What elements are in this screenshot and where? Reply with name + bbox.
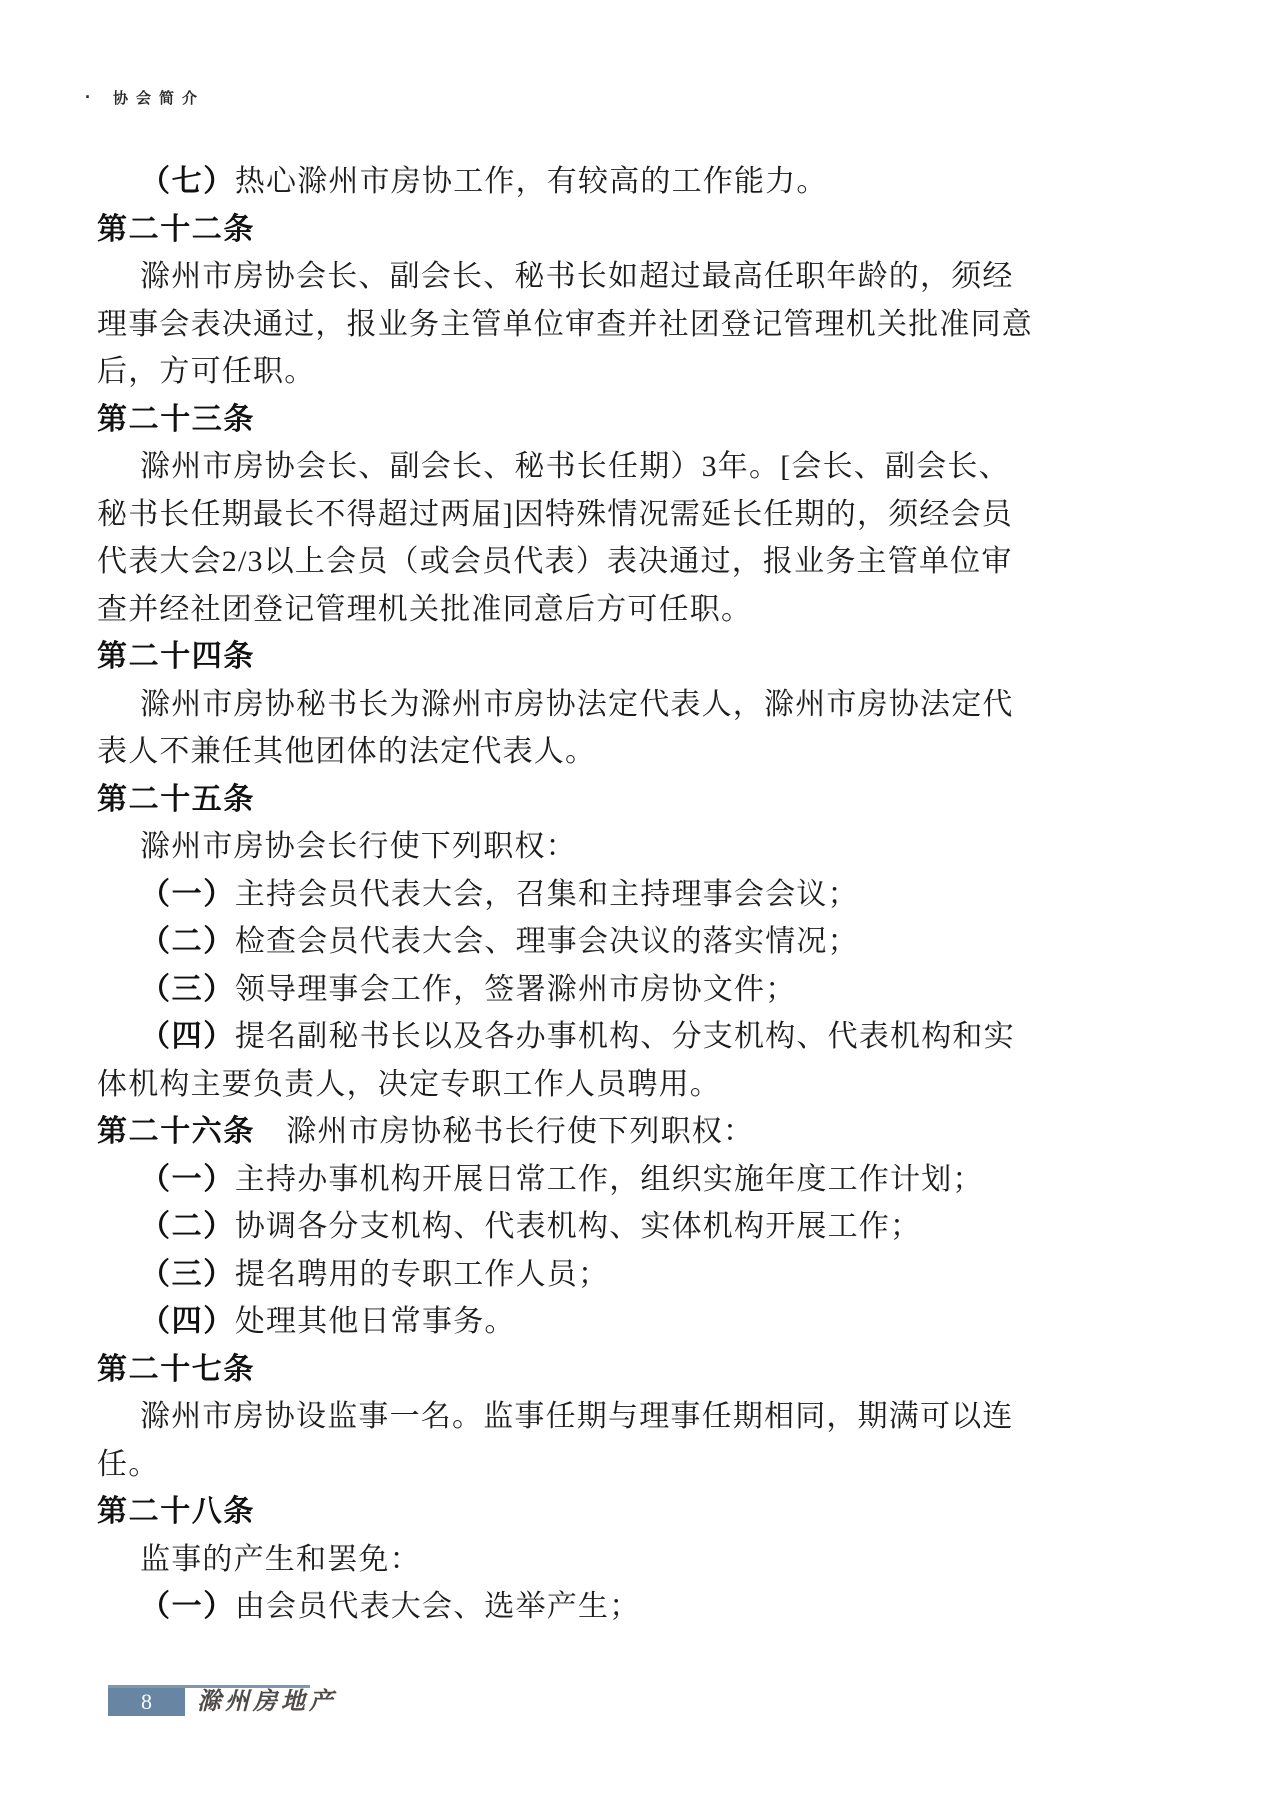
body-text: 主持会员代表大会，召集和主持理事会会议； — [235, 878, 859, 911]
bold-text: （二） — [140, 1210, 235, 1243]
body-text: 代表大会2/3以上会员（或会员代表）表决通过，报业务主管单位审 — [97, 545, 1013, 578]
body-text: 表人不兼任其他团体的法定代表人。 — [97, 735, 596, 768]
body-text: 滁州市房协会长行使下列职权： — [140, 830, 577, 863]
text-line: （一）主持会员代表大会，召集和主持理事会会议； — [97, 871, 1049, 919]
body-text: 滁州市房协秘书长行使下列职权： — [255, 1115, 754, 1148]
body-text: 提名副秘书长以及各办事机构、分支机构、代表机构和实 — [235, 1020, 1015, 1053]
text-line: （三）提名聘用的专职工作人员； — [97, 1251, 1049, 1299]
header-section-title: 协会简介 — [113, 87, 205, 108]
bold-text: （三） — [140, 1258, 235, 1291]
article-heading-line: 第二十六条 滁州市房协秘书长行使下列职权： — [97, 1108, 1049, 1156]
bold-text: （七） — [140, 165, 235, 198]
body-text: 秘书长任期最长不得超过两届]因特殊情况需延长任期的，须经会员 — [97, 498, 1013, 531]
body-text: 领导理事会工作，签署滁州市房协文件； — [235, 973, 797, 1006]
text-line: 滁州市房协会长行使下列职权： — [97, 823, 1049, 871]
bold-text: 第二十四条 — [97, 640, 255, 673]
bold-text: 第二十二条 — [97, 213, 255, 246]
article-heading-line: 第二十五条 — [97, 776, 1049, 824]
body-text: 滁州市房协会长、副会长、秘书长任期）3年。[会长、副会长、 — [140, 450, 1010, 483]
document-body: （七）热心滁州市房协工作，有较高的工作能力。第二十二条滁州市房协会长、副会长、秘… — [97, 158, 1049, 1631]
article-heading-line: 第二十七条 — [97, 1346, 1049, 1394]
footer-brand-text: 滁州房地产 — [197, 1688, 337, 1716]
bold-text: 第二十八条 — [97, 1495, 255, 1528]
body-text: 主持办事机构开展日常工作，组织实施年度工作计划； — [235, 1163, 984, 1196]
text-line: 体机构主要负责人，决定专职工作人员聘用。 — [97, 1061, 1049, 1109]
header-gradient-rule — [95, 112, 1187, 121]
header-bullet-icon: · — [85, 87, 91, 108]
article-heading-line: 第二十三条 — [97, 396, 1049, 444]
page-header: · 协会简介 — [85, 86, 1185, 108]
body-text: 热心滁州市房协工作，有较高的工作能力。 — [235, 165, 828, 198]
bold-text: （四） — [140, 1305, 235, 1338]
bold-text: 第二十三条 — [97, 403, 255, 436]
bold-text: （一） — [140, 1163, 235, 1196]
text-line: 滁州市房协秘书长为滁州市房协法定代表人，滁州市房协法定代 — [97, 681, 1049, 729]
body-text: 查并经社团登记管理机关批准同意后方可任职。 — [97, 593, 752, 626]
body-text: 体机构主要负责人，决定专职工作人员聘用。 — [97, 1068, 721, 1101]
body-text: 滁州市房协会长、副会长、秘书长如超过最高任职年龄的，须经 — [140, 260, 1014, 293]
body-text: 处理其他日常事务。 — [235, 1305, 516, 1338]
text-line: 滁州市房协会长、副会长、秘书长如超过最高任职年龄的，须经 — [97, 253, 1049, 301]
text-line: （一）主持办事机构开展日常工作，组织实施年度工作计划； — [97, 1156, 1049, 1204]
text-line: 查并经社团登记管理机关批准同意后方可任职。 — [97, 586, 1049, 634]
text-line: 滁州市房协设监事一名。监事任期与理事任期相同，期满可以连 — [97, 1393, 1049, 1441]
bold-text: （一） — [140, 878, 235, 911]
bold-text: （四） — [140, 1020, 235, 1053]
body-text: 由会员代表大会、选举产生； — [235, 1590, 641, 1623]
text-line: 后，方可任职。 — [97, 348, 1049, 396]
page-number-badge: 8 — [108, 1688, 185, 1716]
article-heading-line: 第二十四条 — [97, 633, 1049, 681]
text-line: 秘书长任期最长不得超过两届]因特殊情况需延长任期的，须经会员 — [97, 491, 1049, 539]
text-line: 代表大会2/3以上会员（或会员代表）表决通过，报业务主管单位审 — [97, 538, 1049, 586]
text-line: 任。 — [97, 1441, 1049, 1489]
text-line: 滁州市房协会长、副会长、秘书长任期）3年。[会长、副会长、 — [97, 443, 1049, 491]
body-text: 任。 — [97, 1448, 159, 1481]
article-heading-line: 第二十八条 — [97, 1488, 1049, 1536]
bold-text: （三） — [140, 973, 235, 1006]
bold-text: （二） — [140, 925, 235, 958]
body-text: 监事的产生和罢免： — [140, 1543, 421, 1576]
body-text: 检查会员代表大会、理事会决议的落实情况； — [235, 925, 859, 958]
bold-text: （一） — [140, 1590, 235, 1623]
text-line: （二）检查会员代表大会、理事会决议的落实情况； — [97, 918, 1049, 966]
body-text: 提名聘用的专职工作人员； — [235, 1258, 609, 1291]
body-text: 理事会表决通过，报业务主管单位审查并社团登记管理机关批准同意 — [97, 308, 1033, 341]
body-text: 后，方可任职。 — [97, 355, 315, 388]
body-text: 滁州市房协设监事一名。监事任期与理事任期相同，期满可以连 — [140, 1400, 1014, 1433]
bold-text: 第二十六条 — [97, 1115, 255, 1148]
text-line: 表人不兼任其他团体的法定代表人。 — [97, 728, 1049, 776]
text-line: （一）由会员代表大会、选举产生； — [97, 1583, 1049, 1631]
bold-text: 第二十七条 — [97, 1353, 255, 1386]
text-line: （二）协调各分支机构、代表机构、实体机构开展工作； — [97, 1203, 1049, 1251]
body-text: 滁州市房协秘书长为滁州市房协法定代表人，滁州市房协法定代 — [140, 688, 1014, 721]
text-line: （四）处理其他日常事务。 — [97, 1298, 1049, 1346]
text-line: （四）提名副秘书长以及各办事机构、分支机构、代表机构和实 — [97, 1013, 1049, 1061]
bold-text: 第二十五条 — [97, 783, 255, 816]
article-heading-line: 第二十二条 — [97, 206, 1049, 254]
text-line: （七）热心滁州市房协工作，有较高的工作能力。 — [97, 158, 1049, 206]
text-line: 理事会表决通过，报业务主管单位审查并社团登记管理机关批准同意 — [97, 301, 1049, 349]
body-text: 协调各分支机构、代表机构、实体机构开展工作； — [235, 1210, 921, 1243]
text-line: （三）领导理事会工作，签署滁州市房协文件； — [97, 966, 1049, 1014]
text-line: 监事的产生和罢免： — [97, 1536, 1049, 1584]
